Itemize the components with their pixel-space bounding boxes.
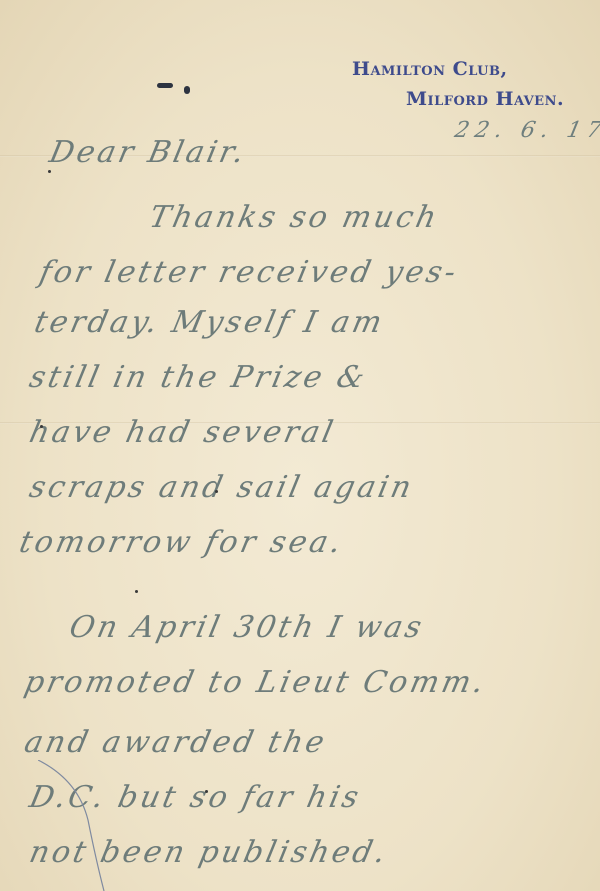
- body-line: On April 30th I was: [66, 610, 427, 645]
- ink-speck: [135, 590, 138, 593]
- body-line: tomorrow for sea.: [16, 525, 347, 560]
- body-line: terday. Myself I am: [31, 305, 387, 340]
- ink-speck: [205, 790, 208, 793]
- body-line: promoted to Lieut Comm.: [21, 665, 489, 700]
- body-line: still in the Prize &: [26, 360, 370, 395]
- body-line: for letter received yes-: [36, 255, 462, 290]
- ink-mark: [157, 83, 173, 88]
- letterhead-line2: Milford Haven.: [406, 88, 564, 110]
- ink-speck: [215, 490, 218, 493]
- letter-date: 22. 6. 17:: [452, 118, 600, 143]
- body-line: Thanks so much: [146, 200, 442, 235]
- letterhead-line1: Hamilton Club,: [352, 58, 508, 80]
- body-line: scraps and sail again: [26, 470, 417, 505]
- salutation: Dear Blair.: [46, 135, 250, 170]
- pencil-stroke: [38, 760, 108, 891]
- ink-mark: [184, 86, 190, 94]
- letter-page: Hamilton Club, Milford Haven. 22. 6. 17:…: [0, 0, 600, 891]
- ink-speck: [40, 425, 43, 428]
- body-line: have had several: [26, 415, 339, 450]
- body-line: and awarded the: [21, 725, 330, 760]
- ink-speck: [48, 170, 51, 173]
